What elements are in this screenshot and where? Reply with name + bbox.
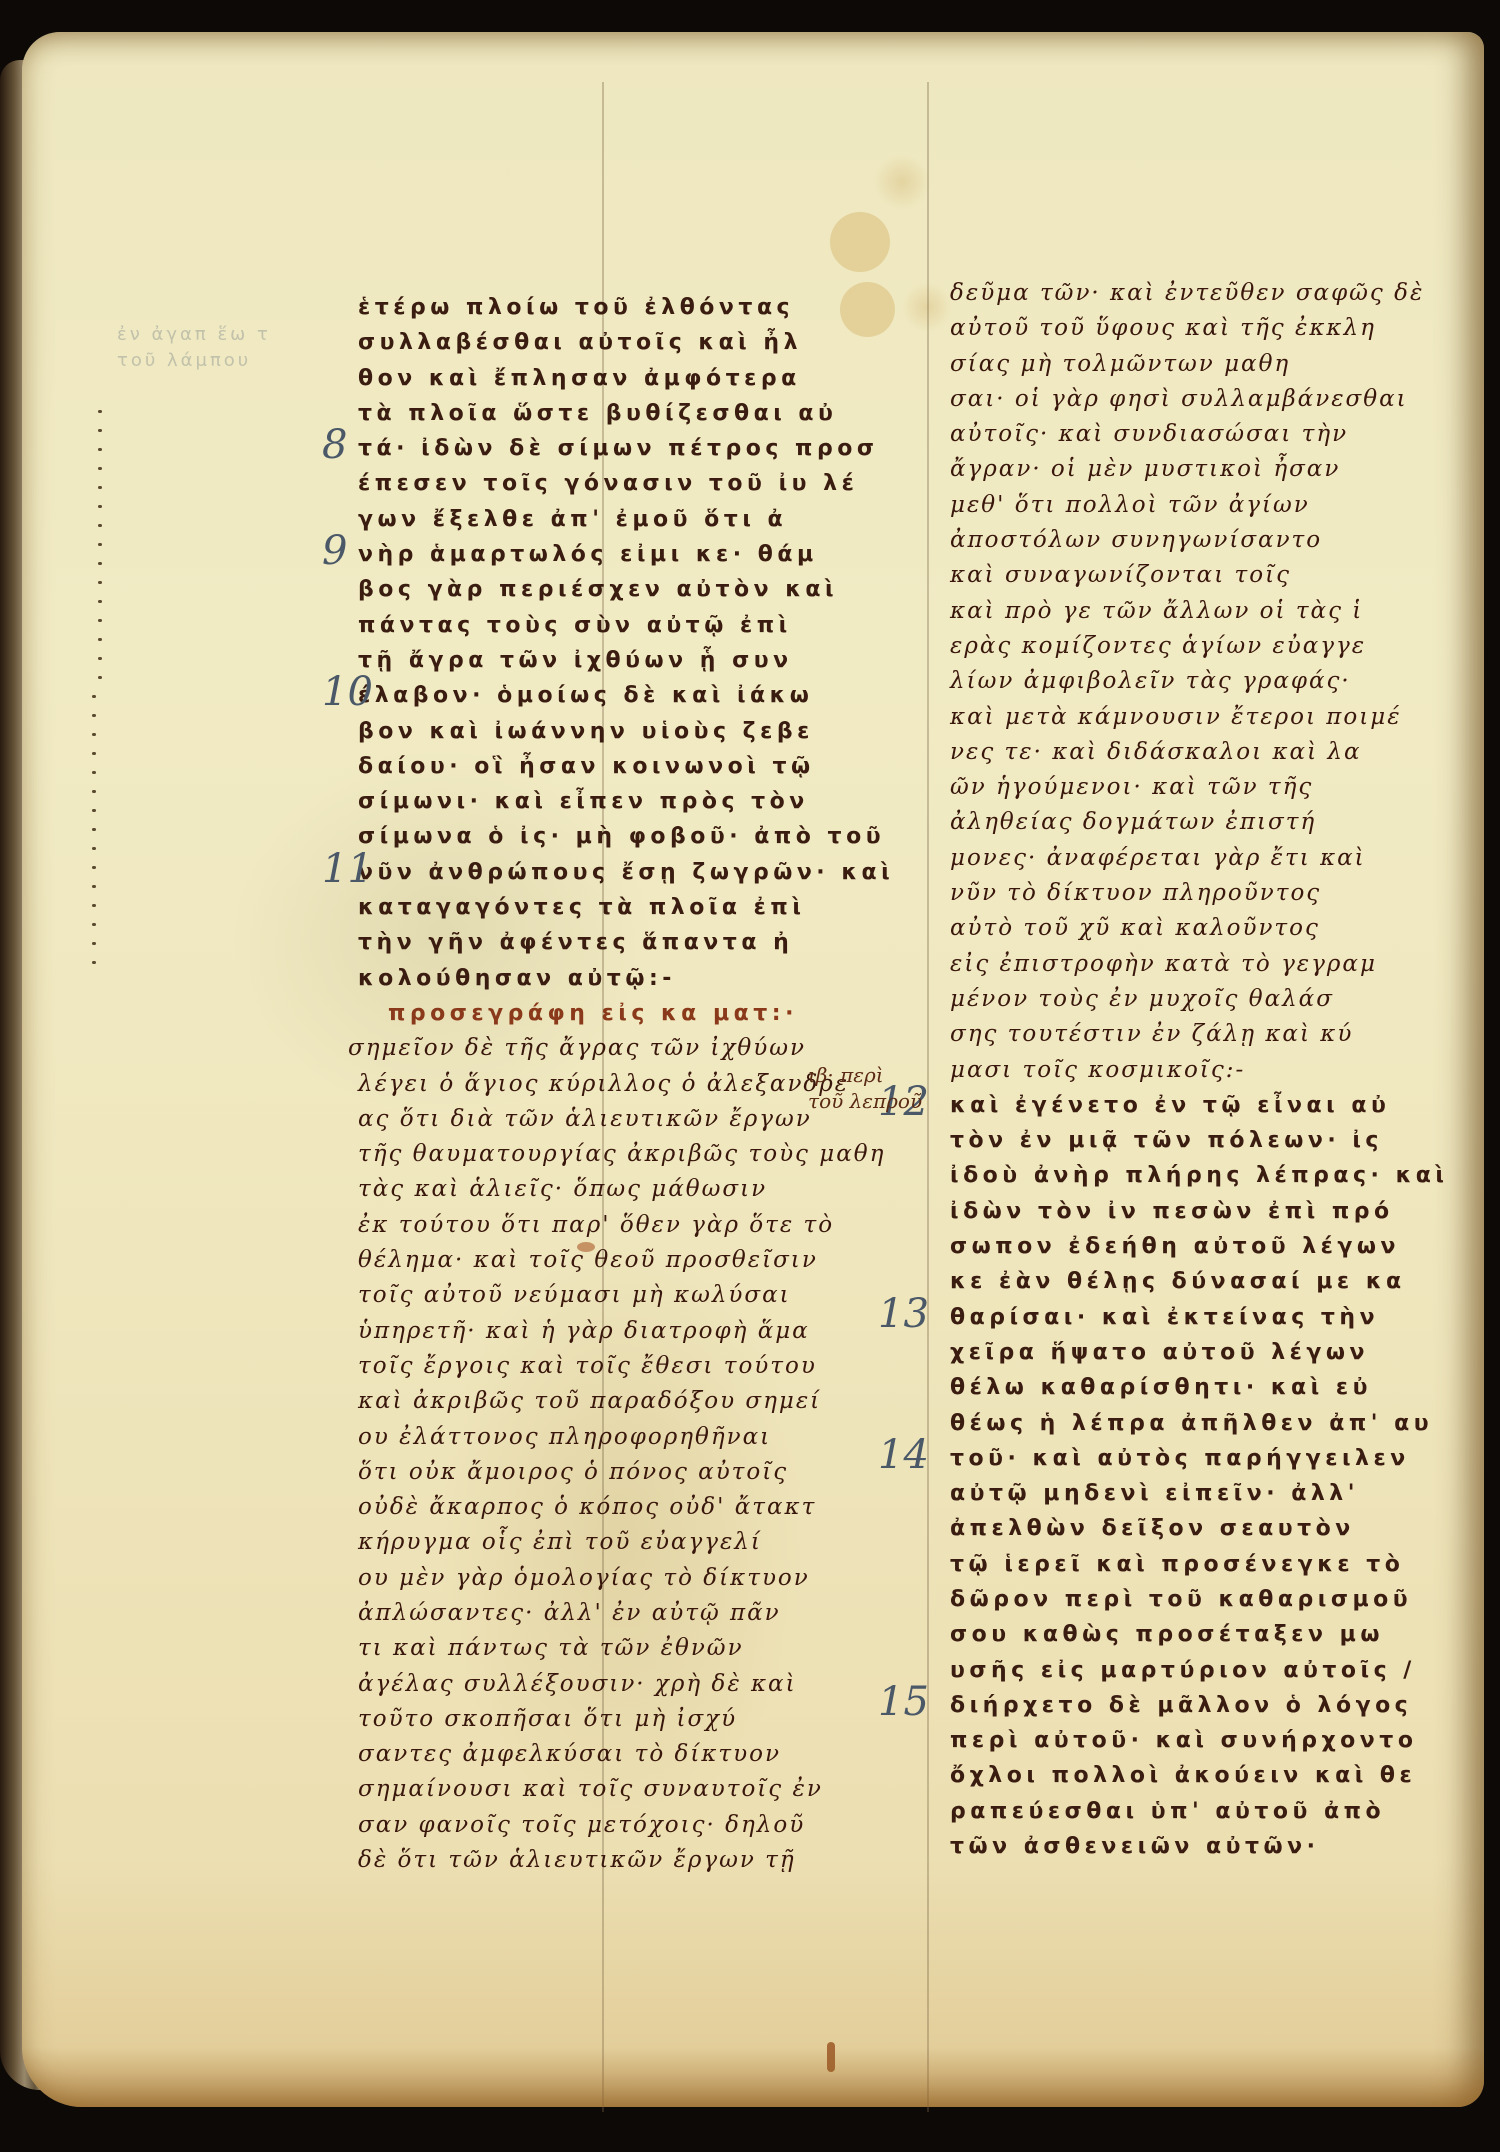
text-line: θέως ἡ λέπρα ἀπῆλθεν ἀπ' αυ xyxy=(950,1406,1448,1441)
verse-number: 11 xyxy=(322,849,373,889)
text-line: καὶ μετὰ κάμνουσιν ἔτεροι ποιμέ xyxy=(950,700,1448,735)
text-line: καὶ συναγωνίζονται τοῖς xyxy=(950,558,1448,593)
stain xyxy=(827,2042,835,2072)
verse-number: 15 xyxy=(878,1682,929,1722)
text-line: ερὰς κομίζοντες ἁγίων εὐαγγε xyxy=(950,629,1448,664)
text-line: πάντας τοὺς σὺν αὐτῷ ἐπὶ xyxy=(358,608,894,643)
pricking-mark xyxy=(98,600,102,603)
pricking-mark xyxy=(98,657,102,660)
text-line: νῦν ἀνθρώπους ἔσῃ ζωγρῶν· καὶ xyxy=(358,855,894,890)
text-line: τῶν ἀσθενειῶν αὐτῶν· xyxy=(950,1829,1448,1864)
pricking-mark xyxy=(98,448,102,451)
pricking-mark xyxy=(98,429,102,432)
text-line: αὐτοῦ τοῦ ὕφους καὶ τῆς ἐκκλη xyxy=(950,311,1448,346)
text-line: καὶ πρὸ γε τῶν ἄλλων οἱ τὰς ἱ xyxy=(950,594,1448,629)
pricking-mark xyxy=(98,676,102,679)
text-line: σης τουτέστιν ἐν ζάλῃ καὶ κύ xyxy=(950,1017,1448,1052)
text-line: ἀπλώσαντες· ἀλλ' ἐν αὐτῷ πᾶν xyxy=(358,1596,894,1631)
text-line: κολούθησαν αὐτῷ:- xyxy=(358,961,894,996)
pricking-mark xyxy=(92,885,96,888)
text-line: ἑτέρω πλοίω τοῦ ἐλθόντας xyxy=(358,290,894,325)
text-line: ἀποστόλων συνηγωνίσαντο xyxy=(950,523,1448,558)
text-line: τῇ ἄγρα τῶν ἰχθύων ᾗ συν xyxy=(358,643,894,678)
verse-number: 9 xyxy=(322,531,347,571)
text-line: διήρχετο δὲ μᾶλλον ὁ λόγος xyxy=(950,1688,1448,1723)
text-line: σου καθὼς προσέταξεν μω xyxy=(950,1617,1448,1652)
pricking-mark xyxy=(98,581,102,584)
text-line: τῷ ἱερεῖ καὶ προσένεγκε τὸ xyxy=(950,1547,1448,1582)
text-line: προσεγράφη εἰς κα ματ:· xyxy=(358,996,894,1031)
text-line: τὰς καὶ ἁλιεῖς· ὅπως μάθωσιν xyxy=(358,1172,894,1207)
text-line: ου μὲν γὰρ ὁμολογίας τὸ δίκτυον xyxy=(358,1561,894,1596)
pricking-mark xyxy=(92,790,96,793)
text-line: τοῦτο σκοπῆσαι ὅτι μὴ ἰσχύ xyxy=(358,1702,894,1737)
pricking-mark xyxy=(92,866,96,869)
text-line: δεῦμα τῶν· καὶ ἐντεῦθεν σαφῶς δὲ xyxy=(950,276,1448,311)
text-line: έλαβον· ὁμοίως δὲ καὶ ἰάκω xyxy=(358,678,894,713)
text-line: ἐκ τούτου ὅτι παρ' ὅθεν γὰρ ὅτε τὸ xyxy=(358,1208,894,1243)
text-line: τὴν γῆν ἀφέντες ἅπαντα ἠ xyxy=(358,925,894,960)
text-line: αὐτῷ μηδενὶ εἰπεῖν· ἀλλ' xyxy=(950,1476,1448,1511)
pricking-mark xyxy=(98,486,102,489)
pricking-mark xyxy=(92,695,96,698)
pricking-mark xyxy=(98,467,102,470)
text-line: καταγαγόντες τὰ πλοῖα ἐπὶ xyxy=(358,890,894,925)
text-line: νὴρ ἁμαρτωλός εἰμι κε· θάμ xyxy=(358,537,894,572)
stain xyxy=(830,212,890,272)
pricking-mark xyxy=(92,904,96,907)
text-line: βον καὶ ἰωάννην υἱοὺς ζεβε xyxy=(358,714,894,749)
text-line: θέλημα· καὶ τοῖς θεοῦ προσθεῖσιν xyxy=(358,1243,894,1278)
text-line: ὑπηρετῆ· καὶ ἡ γὰρ διατροφὴ ἅμα xyxy=(358,1314,894,1349)
text-line: τοῦ· καὶ αὐτὸς παρήγγειλεν xyxy=(950,1441,1448,1476)
right-column: δεῦμα τῶν· καὶ ἐντεῦθεν σαφῶς δὲαὐτοῦ το… xyxy=(950,276,1448,1864)
text-line: τῆς θαυματουργίας ἀκριβῶς τοὺς μαθη xyxy=(358,1137,894,1172)
text-line: τὸν ἐν μιᾷ τῶν πόλεων· ἰς xyxy=(950,1123,1448,1158)
text-line: λίων ἀμφιβολεῖν τὰς γραφάς· xyxy=(950,664,1448,699)
text-line: τὰ πλοῖα ὥστε βυθίζεσθαι αὐ xyxy=(358,396,894,431)
pricking-mark xyxy=(98,638,102,641)
text-line: συλλαβέσθαι αὐτοῖς καὶ ἦλ xyxy=(358,325,894,360)
pricking-mark xyxy=(92,752,96,755)
pricking-mark xyxy=(98,410,102,413)
text-line: περὶ αὐτοῦ· καὶ συνήρχοντο xyxy=(950,1723,1448,1758)
text-line: νῦν τὸ δίκτυον πληροῦντος xyxy=(950,876,1448,911)
text-line: ὄχλοι πολλοὶ ἀκούειν καὶ θε xyxy=(950,1758,1448,1793)
text-line: μασι τοῖς κοσμικοῖς:- xyxy=(950,1053,1448,1088)
marginal-note: ιβ· περὶ τοῦ λεπροῦ xyxy=(808,1062,922,1114)
pricking-mark xyxy=(92,771,96,774)
text-line: τά· ἰδὼν δὲ σίμων πέτρος προσ xyxy=(358,431,894,466)
verse-number: 14 xyxy=(878,1435,929,1475)
pricking-mark xyxy=(92,828,96,831)
text-line: σημαίνουσι καὶ τοῖς συναυτοῖς ἐν xyxy=(358,1772,894,1807)
text-line: ἰδὼν τὸν ἰν πεσὼν ἐπὶ πρό xyxy=(950,1194,1448,1229)
pricking-mark xyxy=(98,524,102,527)
pricking-mark xyxy=(98,562,102,565)
text-line: αὐτοῖς· καὶ συνδιασώσαι τὴν xyxy=(950,417,1448,452)
text-line: μονες· ἀναφέρεται γὰρ ἔτι καὶ xyxy=(950,841,1448,876)
text-line: οὐδὲ ἄκαρπος ὁ κόπος οὐδ' ἄτακτ xyxy=(358,1490,894,1525)
pricking-mark xyxy=(92,714,96,717)
verse-number: 10 xyxy=(322,672,373,712)
text-line: υσῆς εἰς μαρτύριον αὐτοῖς / xyxy=(950,1653,1448,1688)
pricking-mark xyxy=(92,733,96,736)
pricking-mark xyxy=(92,961,96,964)
text-line: κήρυγμα οἷς ἐπὶ τοῦ εὐαγγελί xyxy=(358,1525,894,1560)
pricking-mark xyxy=(92,809,96,812)
text-line: ραπεύεσθαι ὑπ' αὐτοῦ ἀπὸ xyxy=(950,1794,1448,1829)
text-line: τι καὶ πάντως τὰ τῶν ἐθνῶν xyxy=(358,1631,894,1666)
text-line: τοῖς ἔργοις καὶ τοῖς ἔθεσι τούτου xyxy=(358,1349,894,1384)
text-line: σαν φανοῖς τοῖς μετόχοις· δηλοῦ xyxy=(358,1808,894,1843)
text-line: καὶ ἐγένετο ἐν τῷ εἶναι αὐ xyxy=(950,1088,1448,1123)
pricking-mark xyxy=(92,942,96,945)
pricking-mark xyxy=(98,619,102,622)
text-line: δαίου· οἳ ἦσαν κοινωνοὶ τῷ xyxy=(358,749,894,784)
text-line: σαι· οἱ γὰρ φησὶ συλλαμβάνεσθαι xyxy=(950,382,1448,417)
text-line: σίας μὴ τολμῶντων μαθη xyxy=(950,347,1448,382)
text-line: ἀληθείας δογμάτων ἐπιστή xyxy=(950,805,1448,840)
text-line: βος γὰρ περιέσχεν αὐτὸν καὶ xyxy=(358,572,894,607)
pricking-mark xyxy=(98,505,102,508)
pricking-mark xyxy=(92,847,96,850)
text-line: σωπον ἐδεήθη αὐτοῦ λέγων xyxy=(950,1229,1448,1264)
text-line: σίμωνι· καὶ εἶπεν πρὸς τὸν xyxy=(358,784,894,819)
text-line: εἰς ἐπιστροφὴν κατὰ τὸ γεγραμ xyxy=(950,947,1448,982)
text-line: δῶρον περὶ τοῦ καθαρισμοῦ xyxy=(950,1582,1448,1617)
text-line: καὶ ἀκριβῶς τοῦ παραδόξου σημεί xyxy=(358,1384,894,1419)
text-line: θέλω καθαρίσθητι· καὶ εὐ xyxy=(950,1370,1448,1405)
text-line: γων ἔξελθε ἀπ' ἐμοῦ ὅτι ἀ xyxy=(358,502,894,537)
text-line: θον καὶ ἔπλησαν ἀμφότερα xyxy=(358,361,894,396)
text-line: ἀπελθὼν δεῖξον σεαυτὸν xyxy=(950,1511,1448,1546)
verse-number: 8 xyxy=(322,425,347,465)
faint-offset-text: ἐν ἀγαπ ἕω τ τοῦ λάμπου xyxy=(117,322,271,374)
text-line: τοῖς αὐτοῦ νεύμασι μὴ κωλύσαι xyxy=(358,1278,894,1313)
text-line: ἄγραν· οἱ μὲν μυστικοὶ ἦσαν xyxy=(950,452,1448,487)
text-line: ἰδοὺ ἀνὴρ πλήρης λέπρας· καὶ xyxy=(950,1158,1448,1193)
text-line: μεθ' ὅτι πολλοὶ τῶν ἀγίων xyxy=(950,488,1448,523)
text-line: έπεσεν τοῖς γόνασιν τοῦ ἰυ λέ xyxy=(358,466,894,501)
text-line: μένον τοὺς ἐν μυχοῖς θαλάσ xyxy=(950,982,1448,1017)
text-line: σίμωνα ὁ ἰς· μὴ φοβοῦ· ἀπὸ τοῦ xyxy=(358,819,894,854)
text-line: αὐτὸ τοῦ χῦ καὶ καλοῦντος xyxy=(950,911,1448,946)
text-line: ὅτι οὐκ ἄμοιρος ὁ πόνος αὐτοῖς xyxy=(358,1455,894,1490)
text-line: δὲ ὅτι τῶν ἁλιευτικῶν ἔργων τῇ xyxy=(358,1843,894,1878)
text-line: χεῖρα ἥψατο αὐτοῦ λέγων xyxy=(950,1335,1448,1370)
pricking-mark xyxy=(98,543,102,546)
text-line: ἀγέλας συλλέξουσιν· χρὴ δὲ καὶ xyxy=(358,1667,894,1702)
text-line: νες τε· καὶ διδάσκαλοι καὶ λα xyxy=(950,735,1448,770)
pricking-mark xyxy=(92,923,96,926)
verse-number: 13 xyxy=(878,1294,929,1334)
text-line: ῶν ἡγούμενοι· καὶ τῶν τῆς xyxy=(950,770,1448,805)
text-line: κε ἐὰν θέλῃς δύνασαί με κα xyxy=(950,1264,1448,1299)
text-line: θαρίσαι· καὶ ἐκτείνας τὴν xyxy=(950,1300,1448,1335)
text-line: ου ἐλάττονος πληροφορηθῆναι xyxy=(358,1420,894,1455)
text-line: σαντες ἀμφελκύσαι τὸ δίκτυον xyxy=(358,1737,894,1772)
